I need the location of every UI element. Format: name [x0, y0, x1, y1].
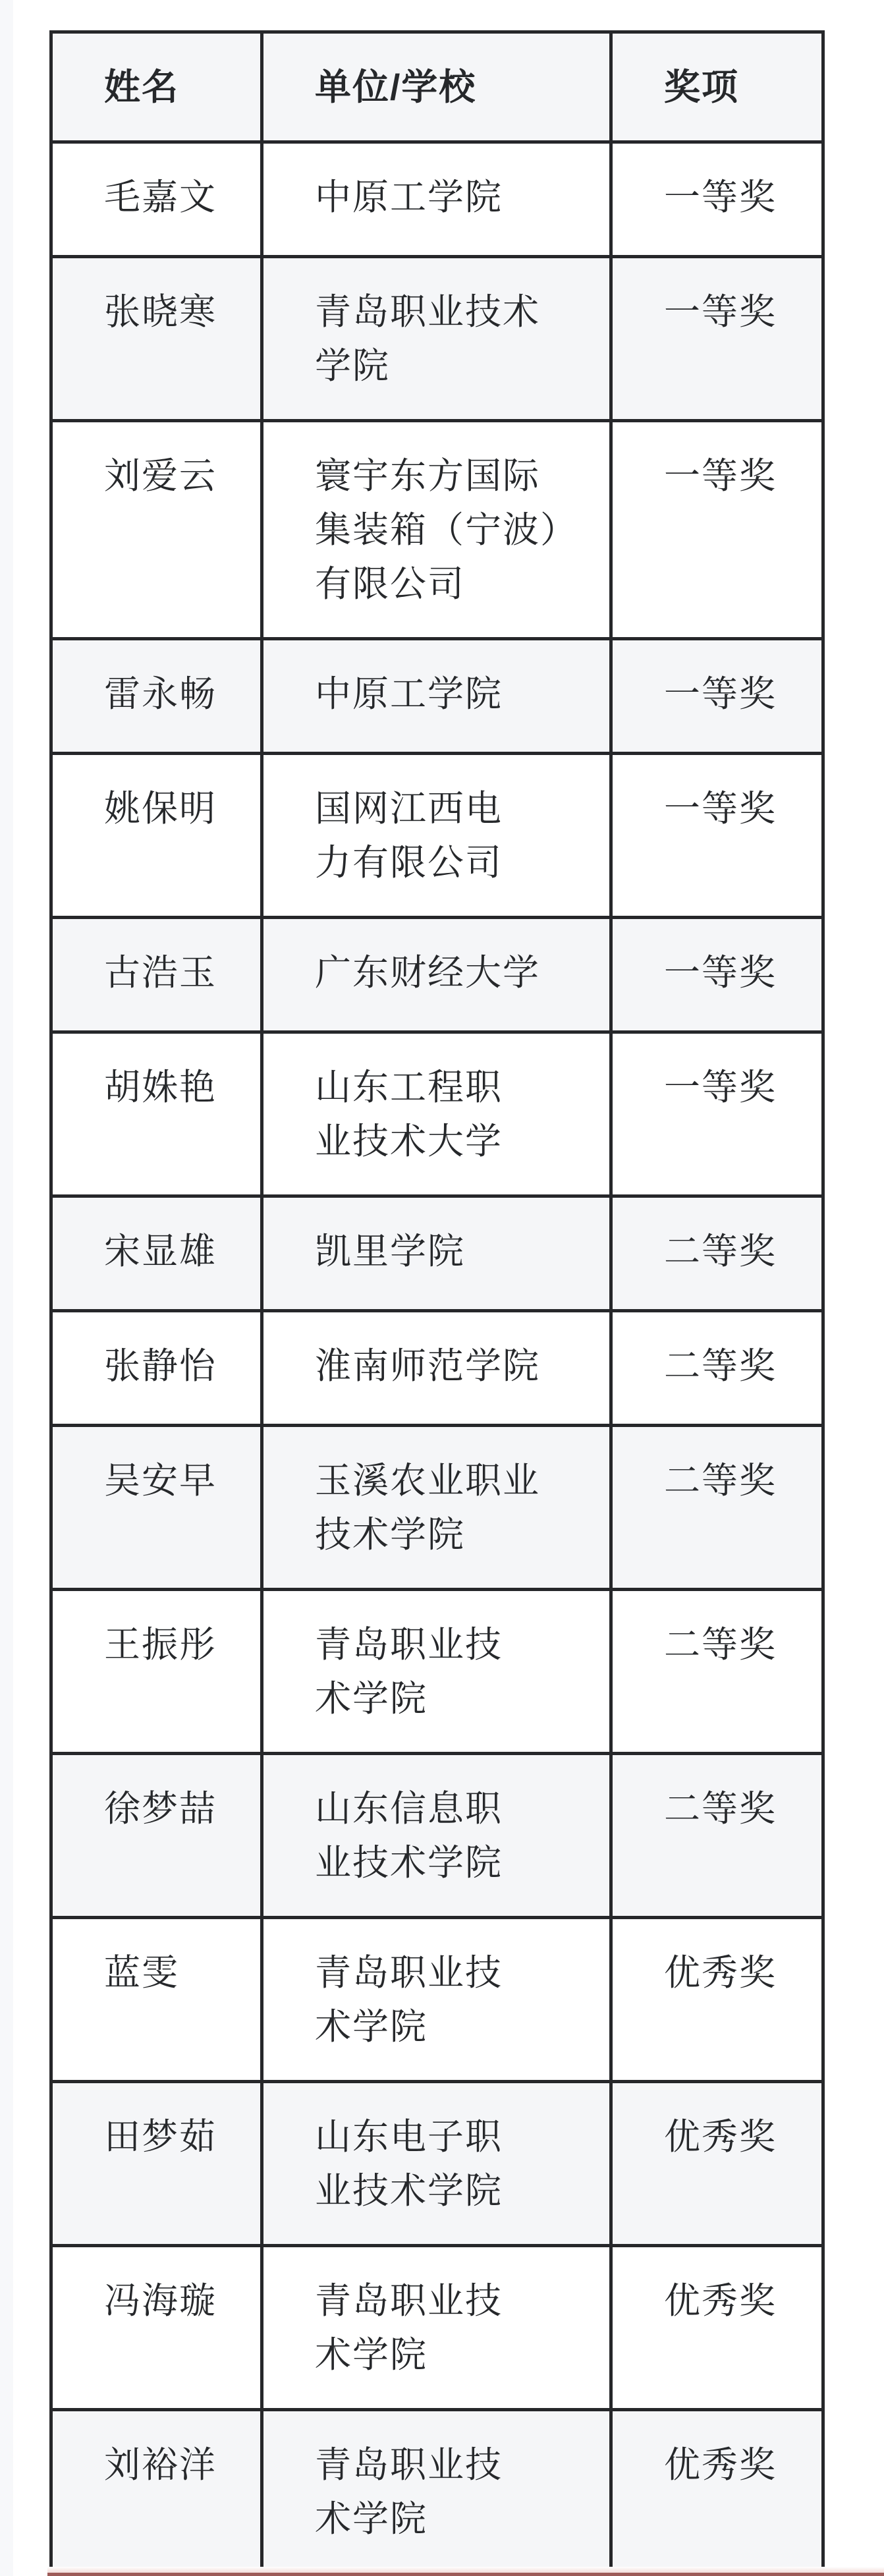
table-row: 张晓寒 青岛职业技术学院 一等奖	[51, 257, 823, 421]
table-row: 田梦茹 山东电子职业技术学院 优秀奖	[51, 2082, 823, 2246]
award-cell: 二等奖	[611, 1590, 823, 1754]
name-cell: 古浩玉	[51, 918, 262, 1032]
name-cell: 宋显雄	[51, 1196, 262, 1311]
award-cell: 一等奖	[611, 639, 823, 754]
award-cell: 优秀奖	[611, 1918, 823, 2082]
award-cell: 优秀奖	[611, 2246, 823, 2410]
name-cell: 张静怡	[51, 1311, 262, 1426]
award-cell: 一等奖	[611, 421, 823, 639]
header-cell-org: 单位/学校	[262, 32, 611, 142]
org-cell: 青岛职业技术学院	[262, 1590, 611, 1754]
table-row: 雷永畅 中原工学院 一等奖	[51, 639, 823, 754]
award-cell: 二等奖	[611, 1311, 823, 1426]
award-cell: 优秀奖	[611, 2082, 823, 2246]
award-cell: 一等奖	[611, 1032, 823, 1196]
page: { "table": { "columns": ["姓名", "单位/学校", …	[0, 0, 884, 2576]
org-cell: 中原工学院	[262, 639, 611, 754]
org-cell: 凯里学院	[262, 1196, 611, 1311]
table-row: 毛嘉文 中原工学院 一等奖	[51, 142, 823, 257]
org-cell: 青岛职业技术学院	[262, 2246, 611, 2410]
name-cell: 徐梦喆	[51, 1754, 262, 1918]
header-row: 姓名 单位/学校 奖项	[51, 32, 823, 142]
table-row: 姚保明 国网江西电力有限公司 一等奖	[51, 754, 823, 918]
table-row: 刘裕洋 青岛职业技术学院 优秀奖	[51, 2410, 823, 2574]
name-cell: 毛嘉文	[51, 142, 262, 257]
table-row: 胡姝艳 山东工程职业技术大学 一等奖	[51, 1032, 823, 1196]
org-cell: 青岛职业技术学院	[262, 1918, 611, 2082]
org-cell: 广东财经大学	[262, 918, 611, 1032]
award-table: 姓名 单位/学校 奖项 毛嘉文 中原工学院 一等奖 张晓寒 青岛职业技术学院 一…	[49, 30, 825, 2575]
name-cell: 刘爱云	[51, 421, 262, 639]
award-cell: 二等奖	[611, 1754, 823, 1918]
org-cell: 国网江西电力有限公司	[262, 754, 611, 918]
org-cell: 中原工学院	[262, 142, 611, 257]
org-cell: 青岛职业技术学院	[262, 2410, 611, 2574]
award-cell: 一等奖	[611, 257, 823, 421]
name-cell: 蓝雯	[51, 1918, 262, 2082]
table-row: 刘爱云 寰宇东方国际集装箱（宁波）有限公司 一等奖	[51, 421, 823, 639]
name-cell: 雷永畅	[51, 639, 262, 754]
award-cell: 一等奖	[611, 754, 823, 918]
org-cell: 青岛职业技术学院	[262, 257, 611, 421]
award-table-header: 姓名 单位/学校 奖项	[51, 32, 823, 142]
org-cell: 寰宇东方国际集装箱（宁波）有限公司	[262, 421, 611, 639]
org-cell: 山东信息职业技术学院	[262, 1754, 611, 1918]
table-row: 冯海璇 青岛职业技术学院 优秀奖	[51, 2246, 823, 2410]
table-row: 徐梦喆 山东信息职业技术学院 二等奖	[51, 1754, 823, 1918]
award-cell: 二等奖	[611, 1196, 823, 1311]
award-cell: 一等奖	[611, 142, 823, 257]
award-cell: 一等奖	[611, 918, 823, 1032]
bottom-accent-line	[47, 2567, 884, 2576]
name-cell: 王振彤	[51, 1590, 262, 1754]
table-row: 吴安早 玉溪农业职业技术学院 二等奖	[51, 1426, 823, 1590]
org-cell: 淮南师范学院	[262, 1311, 611, 1426]
header-cell-award: 奖项	[611, 32, 823, 142]
table-row: 蓝雯 青岛职业技术学院 优秀奖	[51, 1918, 823, 2082]
award-table-body: 毛嘉文 中原工学院 一等奖 张晓寒 青岛职业技术学院 一等奖 刘爱云 寰宇东方国…	[51, 142, 823, 2574]
name-cell: 冯海璇	[51, 2246, 262, 2410]
header-cell-name: 姓名	[51, 32, 262, 142]
name-cell: 姚保明	[51, 754, 262, 918]
table-row: 王振彤 青岛职业技术学院 二等奖	[51, 1590, 823, 1754]
name-cell: 张晓寒	[51, 257, 262, 421]
page-left-edge	[0, 0, 13, 2576]
org-cell: 山东工程职业技术大学	[262, 1032, 611, 1196]
table-row: 宋显雄 凯里学院 二等奖	[51, 1196, 823, 1311]
table-row: 张静怡 淮南师范学院 二等奖	[51, 1311, 823, 1426]
award-cell: 二等奖	[611, 1426, 823, 1590]
name-cell: 吴安早	[51, 1426, 262, 1590]
org-cell: 玉溪农业职业技术学院	[262, 1426, 611, 1590]
name-cell: 田梦茹	[51, 2082, 262, 2246]
award-cell: 优秀奖	[611, 2410, 823, 2574]
name-cell: 胡姝艳	[51, 1032, 262, 1196]
name-cell: 刘裕洋	[51, 2410, 262, 2574]
table-row: 古浩玉 广东财经大学 一等奖	[51, 918, 823, 1032]
org-cell: 山东电子职业技术学院	[262, 2082, 611, 2246]
